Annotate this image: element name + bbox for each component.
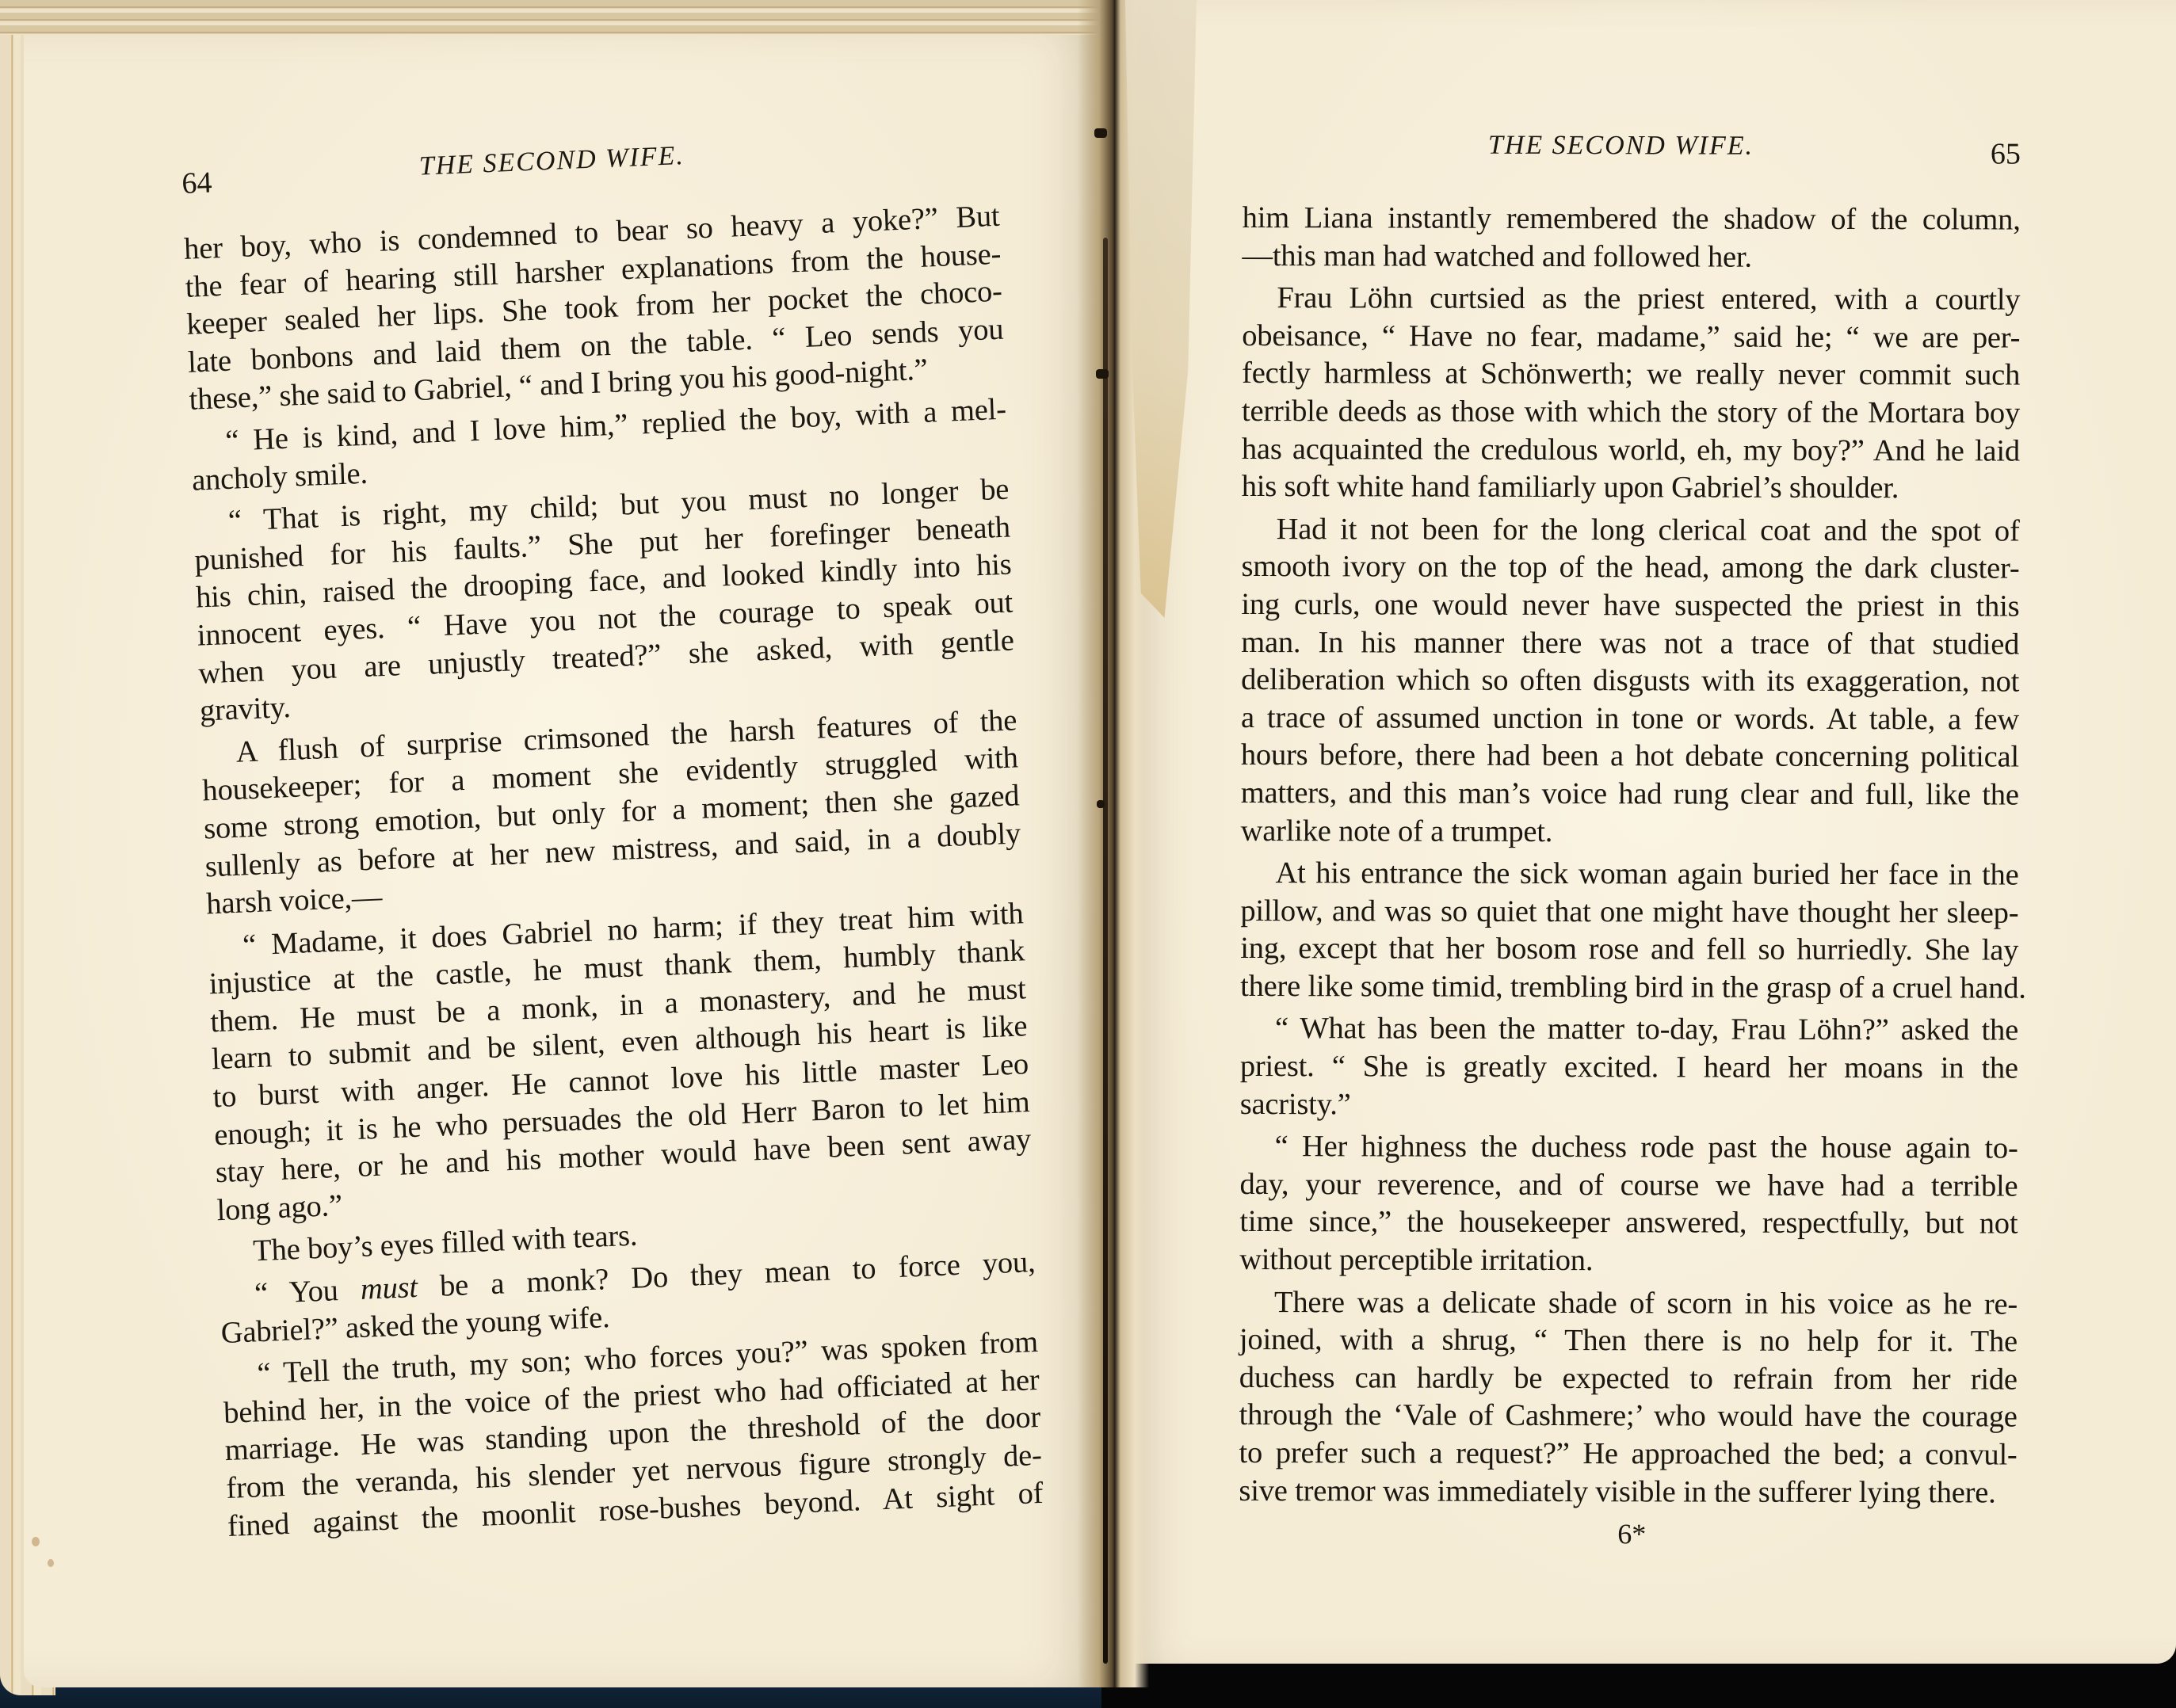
binding-stitch-icon — [1096, 369, 1109, 379]
text-line: priest. “ She is greatly excited. I hear… — [1240, 1048, 2018, 1088]
page-top-edges — [0, 0, 1109, 35]
text-line: smooth ivory on the top of the head, amo… — [1241, 548, 2019, 588]
foxing-spot — [32, 1537, 40, 1546]
right-page-text: THE SECOND WIFE. 65 him Liana instantly … — [1239, 119, 2021, 1552]
text-line: “ What has been the matter to-day, Frau … — [1240, 1010, 2018, 1050]
text-line: without perceptible irritation. — [1239, 1241, 2018, 1281]
text-line: joined, with a shrug, “ Then there is no… — [1239, 1321, 2018, 1361]
text-line: sacristy.” — [1240, 1086, 2018, 1126]
text-line: Had it not been for the long clerical co… — [1242, 511, 2020, 551]
right-running-head: THE SECOND WIFE. 65 — [1243, 119, 2021, 185]
text-line: terrible deeds as those with which the s… — [1242, 393, 2020, 433]
text-line: duchess can hardly be expected to refrai… — [1239, 1359, 2018, 1399]
page-number: 65 — [1991, 136, 2021, 171]
text-line: “ Her highness the duchess rode past the… — [1240, 1128, 2018, 1168]
text-line: time since,” the housekeeper answered, r… — [1239, 1203, 2018, 1243]
text-line: him Liana instantly remembered the shado… — [1243, 200, 2021, 239]
left-body-text: her boy, who is condemned to bear so hea… — [183, 198, 1044, 1546]
text-line: Frau Löhn curtsied as the priest entered… — [1242, 280, 2020, 319]
spine-binding-line — [1103, 238, 1108, 1664]
text-line: hours before, there had been a hot debat… — [1241, 737, 2019, 776]
text-line: pillow, and was so quiet that one might … — [1240, 893, 2018, 932]
text-line: warlike note of a trumpet. — [1241, 812, 2019, 852]
text-line: fectly harmless at Schönwerth; we really… — [1242, 355, 2020, 395]
text-line: —this man had watched and followed her. — [1242, 238, 2020, 277]
text-line: day, your reverence, and of course we ha… — [1239, 1166, 2018, 1206]
text-line: man. In his manner there was not a trace… — [1241, 624, 2019, 664]
running-title: THE SECOND WIFE. — [418, 141, 685, 182]
text-line: deliberation which so often disgusts wit… — [1241, 661, 2019, 701]
signature-mark: 6* — [1239, 1516, 2017, 1552]
right-body-text: him Liana instantly remembered the shado… — [1239, 200, 2020, 1512]
text-line: has acquainted the credulous world, eh, … — [1242, 431, 2020, 471]
text-line: obeisance, “ Have no fear, madame,” said… — [1242, 318, 2020, 357]
text-line: through the ‘Vale of Cashmere;’ who woul… — [1239, 1397, 2018, 1436]
text-line: there like some timid, trembling bird in… — [1240, 968, 2018, 1008]
text-line: matters, and this man’s voice had rung c… — [1241, 775, 2019, 814]
text-line: sive tremor was immediately visible in t… — [1239, 1473, 2017, 1512]
foxing-spot — [48, 1559, 54, 1567]
running-title: THE SECOND WIFE. — [1488, 131, 1754, 162]
text-line: his soft white hand familiarly upon Gabr… — [1242, 468, 2020, 508]
text-line: ing, except that her bosom rose and fell… — [1240, 930, 2018, 970]
text-line: a trace of assumed unction in tone or wo… — [1241, 700, 2019, 739]
emphasized-word: must — [360, 1271, 418, 1306]
text-line: There was a delicate shade of scorn in h… — [1239, 1284, 2018, 1324]
binding-stitch-icon — [1094, 128, 1107, 138]
text-line: to prefer such a request?” He approached… — [1239, 1435, 2018, 1474]
page-number: 64 — [181, 165, 212, 201]
text-line: ing curls, one would never have suspecte… — [1241, 586, 2019, 626]
text-line: At his entrance the sick woman again bur… — [1240, 855, 2018, 894]
binding-stitch-icon — [1097, 800, 1105, 808]
left-page-text: 64 THE SECOND WIFE. her boy, who is cond… — [181, 117, 1044, 1546]
